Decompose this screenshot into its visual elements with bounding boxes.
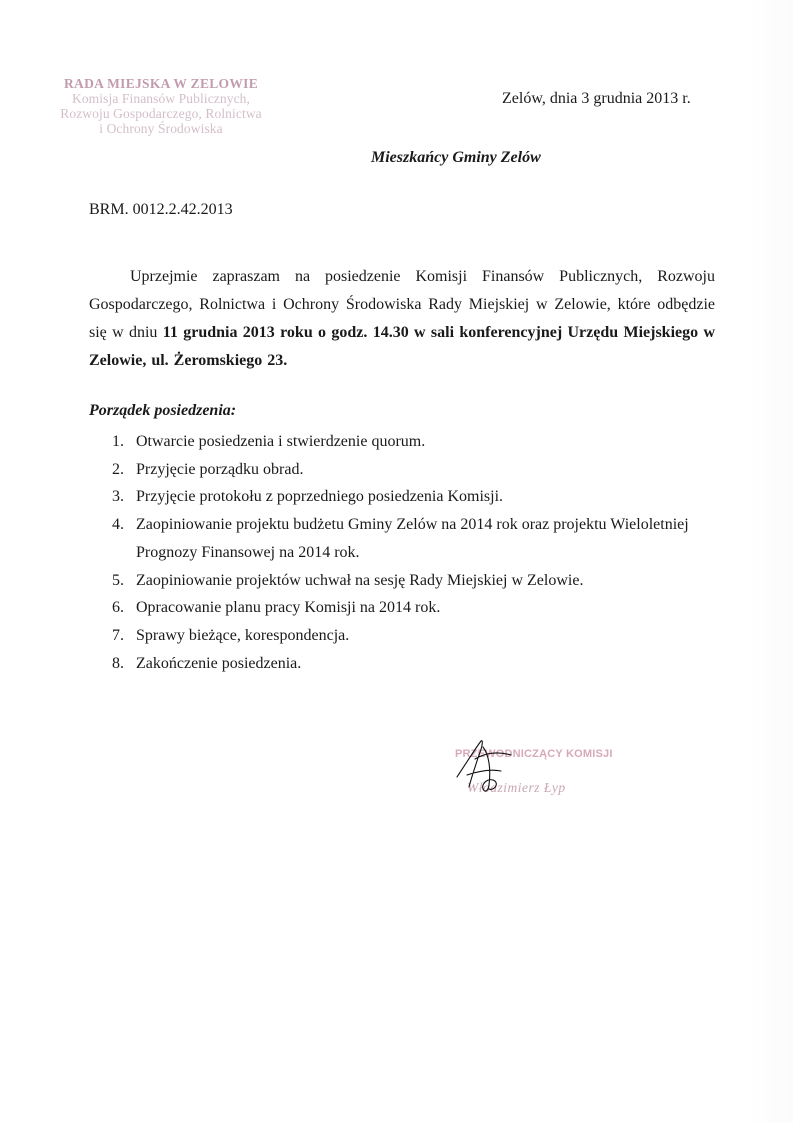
agenda-item-text: Otwarcie posiedzenia i stwierdzenie quor… [136, 433, 425, 450]
agenda-item-text: Zaopiniowanie projektu budżetu Gminy Zel… [136, 516, 689, 561]
agenda-list: 1.Otwarcie posiedzenia i stwierdzenie qu… [112, 428, 712, 677]
agenda-item: 4.Zaopiniowanie projektu budżetu Gminy Z… [112, 511, 712, 566]
stamp-title: RADA MIEJSKA W ZELOWIE [46, 76, 276, 91]
agenda-item-text: Opracowanie planu pracy Komisji na 2014 … [136, 599, 440, 616]
agenda-item-text: Przyjęcie protokołu z poprzedniego posie… [136, 488, 503, 505]
agenda-item-text: Zaopiniowanie projektów uchwał na sesję … [136, 572, 583, 589]
agenda-item: 7.Sprawy bieżące, korespondencja. [112, 622, 712, 650]
agenda-item: 1.Otwarcie posiedzenia i stwierdzenie qu… [112, 428, 712, 456]
agenda-item-number: 4. [112, 511, 124, 539]
reference-number: BRM. 0012.2.42.2013 [89, 201, 233, 219]
addressee: Mieszkańcy Gminy Zelów [371, 149, 541, 167]
agenda-item: 5.Zaopiniowanie projektów uchwał na sesj… [112, 567, 712, 595]
invitation-paragraph: Uprzejmie zapraszam na posiedzenie Komis… [89, 263, 715, 375]
council-stamp: RADA MIEJSKA W ZELOWIE Komisja Finansów … [46, 76, 276, 136]
place-date: Zelów, dnia 3 grudnia 2013 r. [502, 90, 691, 108]
agenda-item-text: Przyjęcie porządku obrad. [136, 461, 303, 478]
agenda-item-number: 5. [112, 567, 124, 595]
signature-block: PRZEWODNICZĄCY KOMISJI Włodzimierz Łyp [445, 735, 605, 805]
handwritten-signature-icon [445, 735, 605, 805]
agenda-item: 8.Zakończenie posiedzenia. [112, 650, 712, 678]
agenda-item: 6.Opracowanie planu pracy Komisji na 201… [112, 594, 712, 622]
agenda-item-number: 3. [112, 483, 124, 511]
agenda-item-number: 7. [112, 622, 124, 650]
agenda-item: 3.Przyjęcie protokołu z poprzedniego pos… [112, 483, 712, 511]
stamp-line: Rozwoju Gospodarczego, Rolnictwa [46, 106, 276, 121]
agenda-item-text: Sprawy bieżące, korespondencja. [136, 627, 349, 644]
agenda-item-number: 2. [112, 456, 124, 484]
document-page: RADA MIEJSKA W ZELOWIE Komisja Finansów … [0, 0, 793, 1123]
agenda-item-number: 6. [112, 594, 124, 622]
stamp-line: Komisja Finansów Publicznych, [46, 91, 276, 106]
agenda-item-number: 1. [112, 428, 124, 456]
agenda-item: 2.Przyjęcie porządku obrad. [112, 456, 712, 484]
meeting-date-location: 11 grudnia 2013 roku o godz. 14.30 w sal… [89, 324, 715, 369]
agenda-item-text: Zakończenie posiedzenia. [136, 655, 301, 672]
stamp-line: i Ochrony Środowiska [46, 121, 276, 136]
agenda-title: Porządek posiedzenia: [89, 402, 236, 420]
agenda-item-number: 8. [112, 650, 124, 678]
